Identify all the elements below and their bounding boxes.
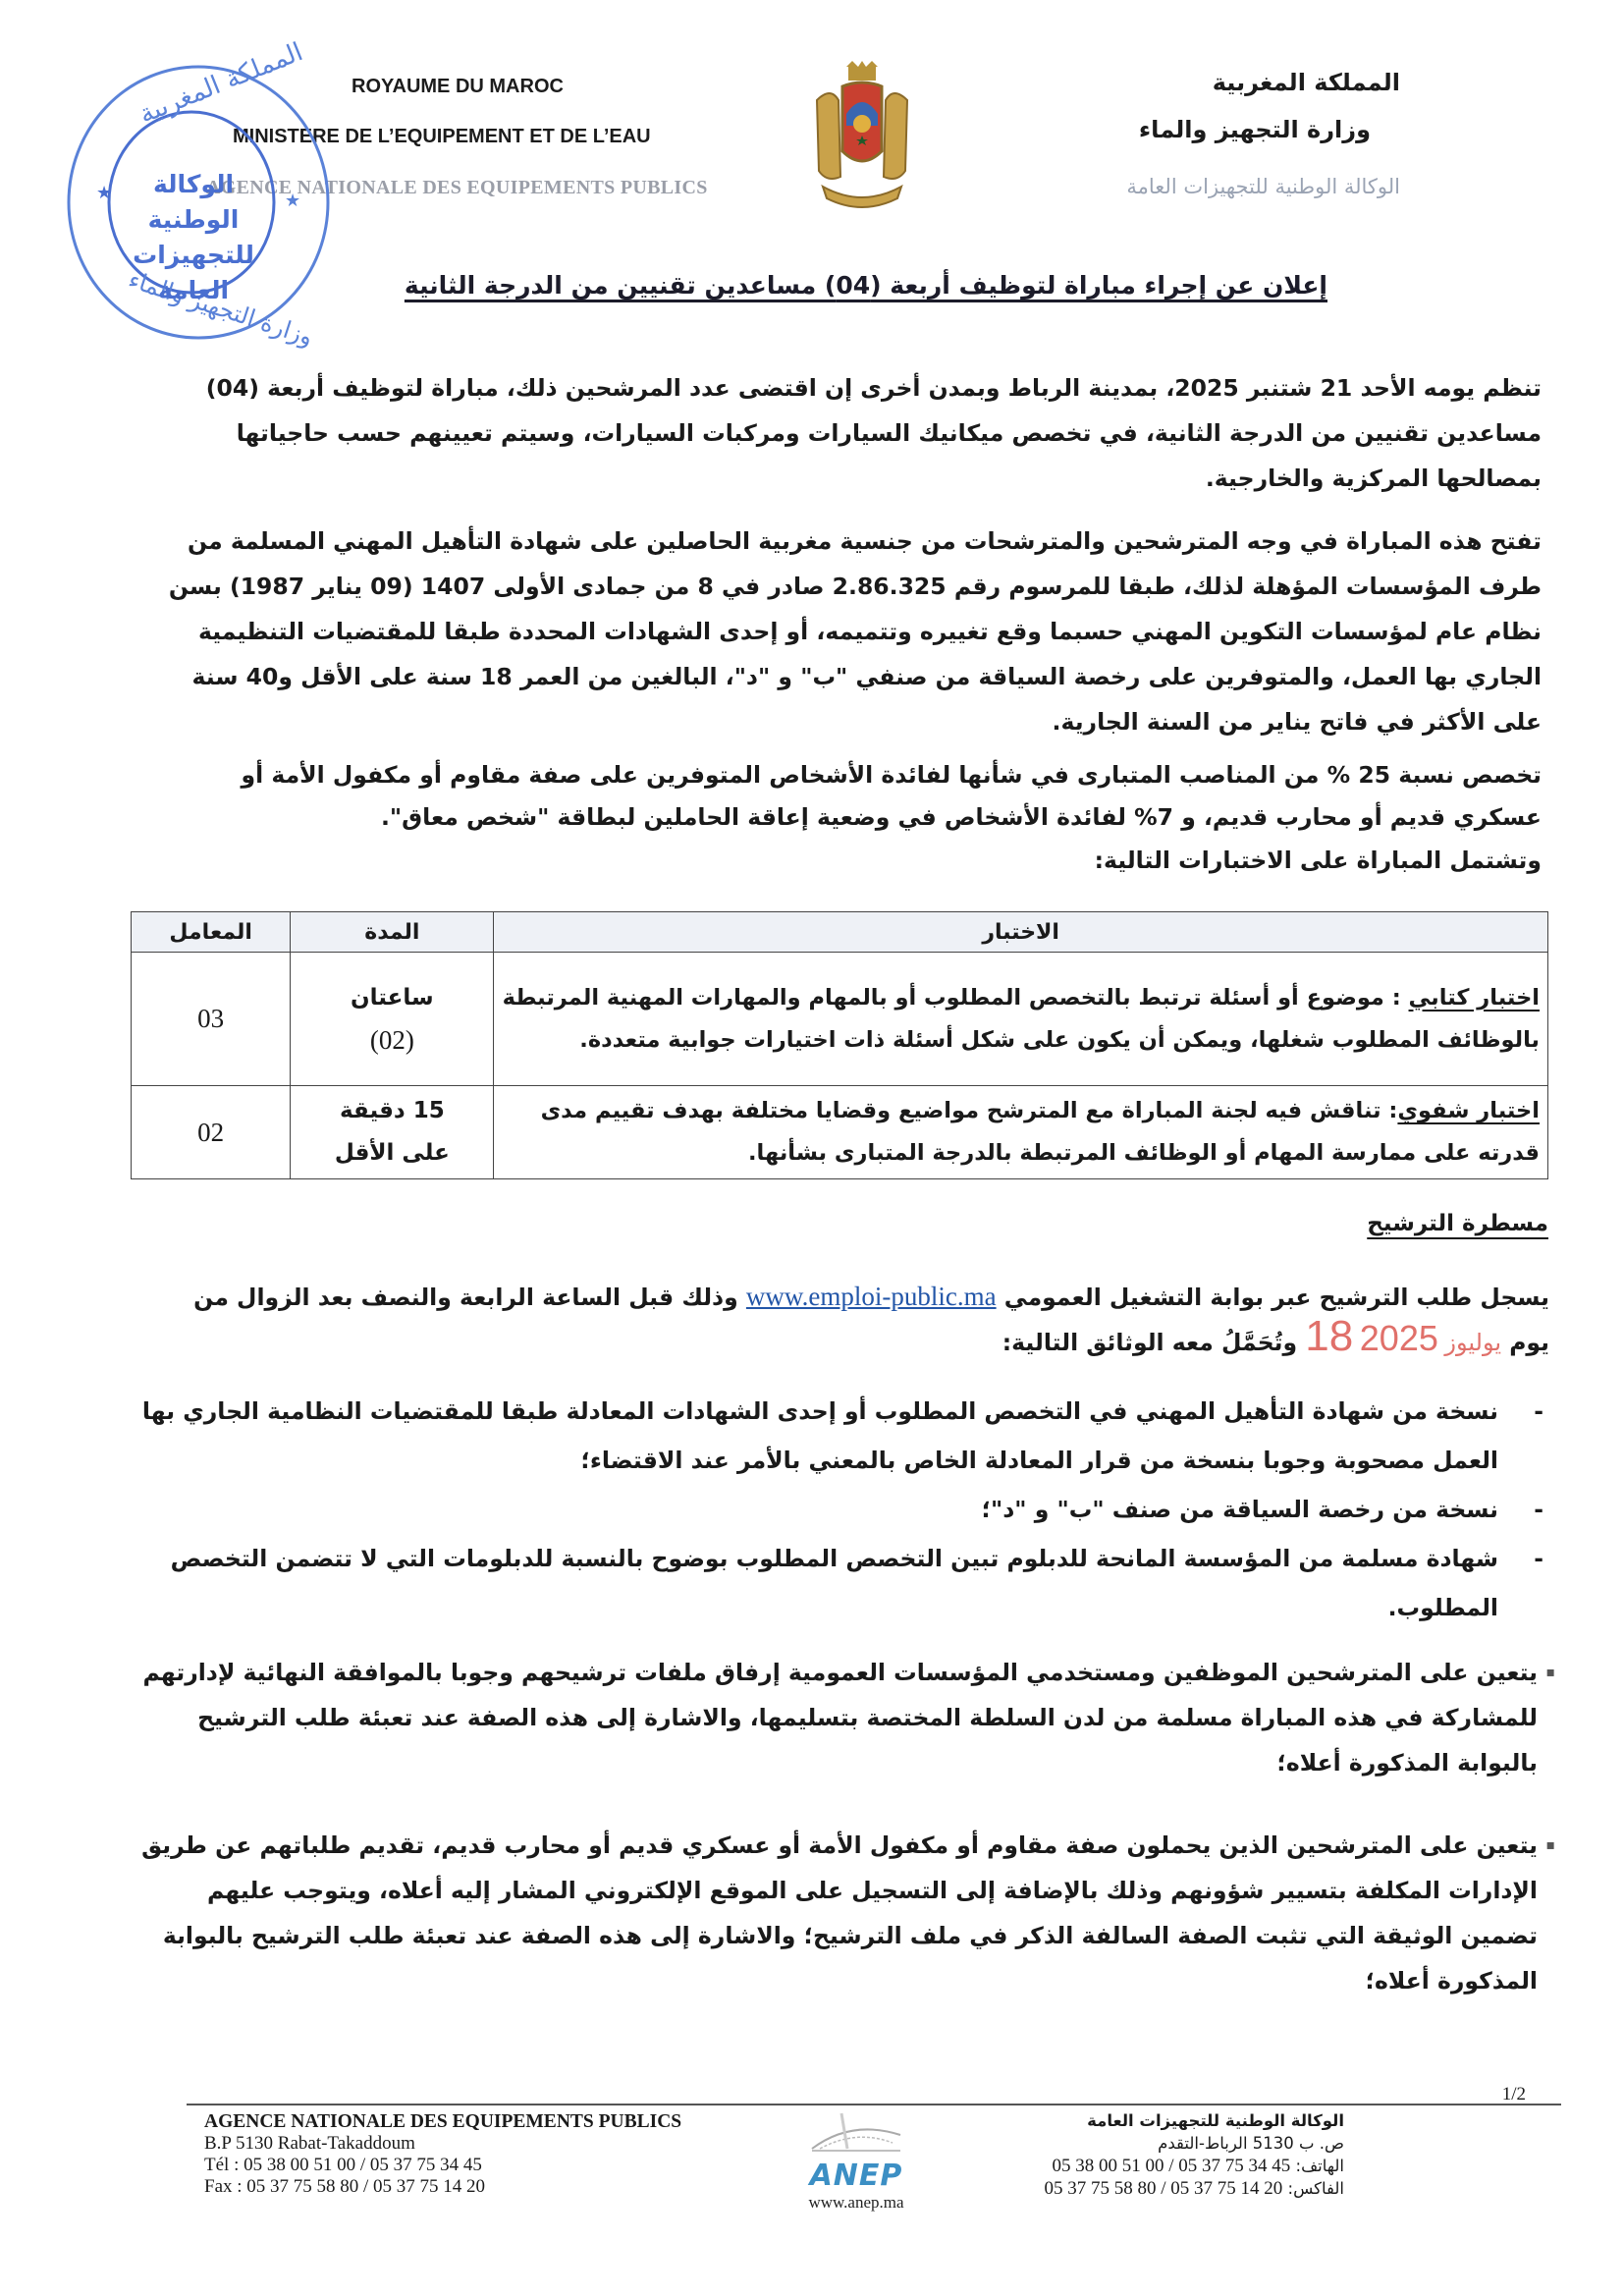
list-item: ▪يتعين على المترشحين الموظفين ومستخدمي ا… — [128, 1650, 1549, 1785]
header-ministry-ar: وزارة التجهيز والماء — [1139, 116, 1371, 143]
page-number: 1/2 — [1502, 2084, 1526, 2105]
application-heading: مسطرة الترشيح — [1367, 1211, 1548, 1236]
coat-of-arms-icon — [813, 61, 911, 210]
list-item: ▪يتعين على المترشحين الذين يحملون صفة مق… — [128, 1823, 1549, 2003]
intro-paragraph-3: تخصص نسبة 25 % من المناصب المتبارى في شأ… — [147, 754, 1542, 839]
table-row: اختبار شفوي: تناقش فيه لجنة المباراة مع … — [132, 1086, 1548, 1179]
col-header-exam: الاختبار — [494, 912, 1548, 953]
footer-contact-fr: AGENCE NATIONALE DES EQUIPEMENTS PUBLICS… — [204, 2111, 681, 2198]
star-icon: ★ — [285, 191, 300, 211]
application-paragraph: يسجل طلب الترشيح عبر بوابة التشغيل العمو… — [147, 1277, 1549, 1362]
col-header-coefficient: المعامل — [132, 912, 291, 953]
official-stamp: ★ ★ المملكة المغربية وزارة التجهيز والما… — [61, 59, 344, 344]
exam-duration: 15 دقيقةعلى الأقل — [291, 1086, 494, 1179]
table-header-row: الاختبار المدة المعامل — [132, 912, 1548, 953]
exam-description: اختبار شفوي: تناقش فيه لجنة المباراة مع … — [494, 1086, 1548, 1179]
stamp-inner-line2: للتجهيزات — [120, 238, 267, 273]
footer-divider — [187, 2104, 1561, 2105]
anep-building-icon — [802, 2109, 910, 2155]
col-header-duration: المدة — [291, 912, 494, 953]
intro-paragraph-4: وتشتمل المباراة على الاختبارات التالية: — [147, 840, 1542, 882]
stamped-deadline-date: 18 يوليوز 2025 — [1305, 1330, 1501, 1355]
notes-list: ▪يتعين على المترشحين الموظفين ومستخدمي ا… — [128, 1650, 1549, 2003]
intro-paragraph-2: تفتح هذه المباراة في وجه المترشحين والمت… — [147, 519, 1542, 744]
emploi-public-link[interactable]: www.emploi-public.ma — [746, 1282, 997, 1311]
stamp-inner-line1: الوكالة الوطنية — [120, 167, 267, 238]
table-row: اختبار كتابي : موضوع أو أسئلة ترتبط بالت… — [132, 953, 1548, 1086]
stamp-inner-line3: العامة — [120, 273, 267, 308]
exam-description: اختبار كتابي : موضوع أو أسئلة ترتبط بالت… — [494, 953, 1548, 1086]
required-documents-list: -نسخة من شهادة التأهيل المهني في التخصص … — [128, 1387, 1549, 1632]
list-item: -نسخة من رخصة السياقة من صنف "ب" و "د"؛ — [128, 1485, 1549, 1534]
list-item: -نسخة من شهادة التأهيل المهني في التخصص … — [128, 1387, 1549, 1485]
star-icon: ★ — [96, 183, 112, 203]
announcement-title: إعلان عن إجراء مباراة لتوظيف أربعة (04) … — [405, 271, 1327, 300]
exam-coefficient: 03 — [132, 953, 291, 1086]
exam-duration: ساعتان(02) — [291, 953, 494, 1086]
footer-contact-ar: الوكالة الوطنية للتجهيزات العامة ص. ب 51… — [1045, 2109, 1344, 2200]
header-kingdom-fr: ROYAUME DU MAROC — [352, 76, 564, 98]
intro-paragraph-1: تنظم يومه الأحد 21 شتنبر 2025، بمدينة ال… — [147, 365, 1542, 501]
list-item: -شهادة مسلمة من المؤسسة المانحة للدبلوم … — [128, 1534, 1549, 1632]
exam-coefficient: 02 — [132, 1086, 291, 1179]
anep-logo: ANEP www.anep.ma — [768, 2109, 945, 2213]
header-agency-ar: الوكالة الوطنية للتجهيزات العامة — [1126, 175, 1400, 198]
header-kingdom-ar: المملكة المغربية — [1213, 69, 1400, 96]
exam-table: الاختبار المدة المعامل اختبار كتابي : مو… — [131, 911, 1548, 1179]
